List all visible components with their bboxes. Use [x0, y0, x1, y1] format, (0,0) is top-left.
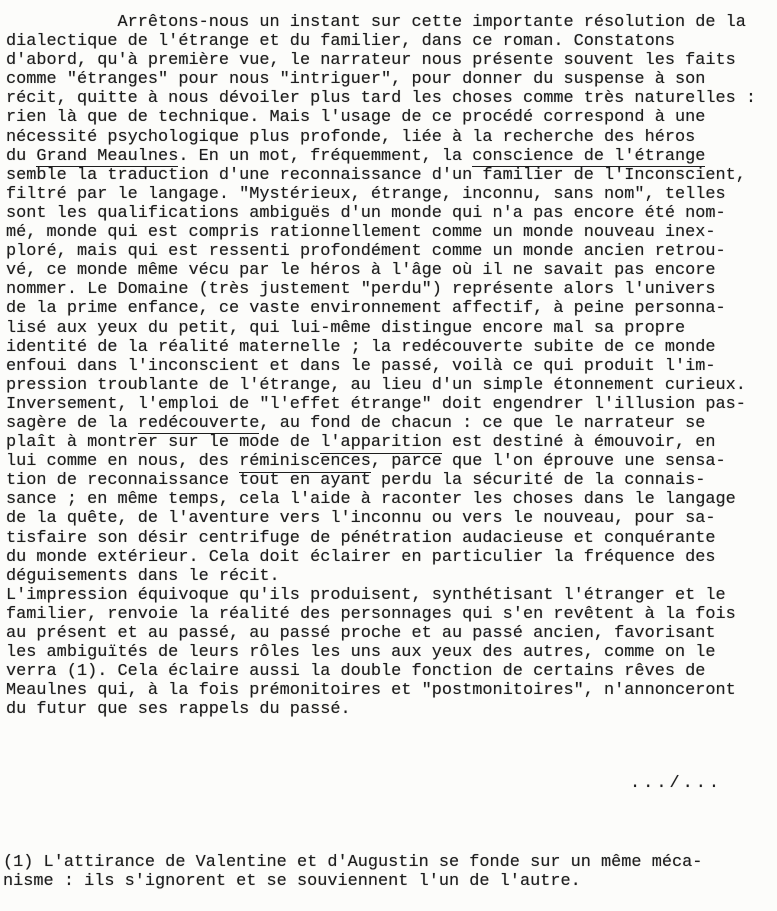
text-line: mé, monde qui est compris rationnellemen…: [6, 223, 777, 242]
text-segment: plaît à montrer sur le mode de: [6, 433, 320, 452]
text-segment: lisé aux yeux du petit, qui lui-même dis…: [6, 319, 685, 338]
text-line: au présent et au passé, au passé proche …: [6, 624, 777, 643]
text-segment: nisme : ils s'ignorent et se souviennent…: [3, 872, 581, 891]
text-line: enfoui dans l'inconscient et dans le pas…: [6, 357, 777, 376]
text-segment: , au fond de chacun : ce que le narrateu…: [259, 414, 705, 433]
text-segment: enfoui dans l'inconscient et dans le pas…: [6, 357, 716, 376]
text-line: lui comme en nous, des réminiscences, pa…: [6, 452, 777, 471]
text-segment: récit, quitte à nous dévoiler plus tard …: [6, 89, 756, 108]
text-line: lisé aux yeux du petit, qui lui-même dis…: [6, 319, 777, 338]
text-segment: au présent et au passé, au passé proche …: [6, 624, 716, 643]
text-line: déguisements dans le récit.: [6, 567, 777, 586]
underlined-text: redécouverte: [138, 414, 260, 435]
text-segment: du: [6, 147, 36, 166]
text-line: L'impression équivoque qu'ils produisent…: [6, 586, 777, 605]
text-line: dialectique de l'étrange et du familier,…: [6, 32, 777, 51]
text-segment: de la prime enfance, ce vaste environnem…: [6, 299, 726, 318]
text-line: Meaulnes qui, à la fois prémonitoires et…: [6, 681, 777, 700]
text-segment: vé, ce monde même vécu par le héros à l'…: [6, 261, 716, 280]
text-segment: filtré par le langage. "Mystérieux, étra…: [6, 185, 726, 204]
text-line: récit, quitte à nous dévoiler plus tard …: [6, 89, 777, 108]
text-line: (1) L'attirance de Valentine et d'August…: [3, 853, 777, 872]
text-segment: semble la traduction d'une reconnaissanc…: [6, 166, 746, 185]
text-segment: rien là que de technique. Mais l'usage d…: [6, 108, 705, 127]
text-line: de la prime enfance, ce vaste environnem…: [6, 299, 777, 318]
text-segment: sance ; en même temps, cela l'aide à rac…: [6, 490, 736, 509]
text-segment: L'impression équivoque qu'ils produisent…: [6, 586, 726, 605]
underlined-text: Grand Meaulnes: [36, 147, 178, 168]
text-segment: de la quête, de l'aventure vers l'inconn…: [6, 509, 716, 528]
text-line: nisme : ils s'ignorent et se souviennent…: [3, 872, 777, 891]
text-line: du futur que ses rappels du passé.: [6, 700, 777, 719]
text-line: nécessité psychologique plus profonde, l…: [6, 128, 777, 147]
text-segment: est destiné à émouvoir, en: [442, 433, 716, 452]
text-line: tisfaire son désir centrifuge de pénétra…: [6, 529, 777, 548]
text-segment: sont les qualifications ambiguës d'un mo…: [6, 204, 726, 223]
text-segment: tisfaire son désir centrifuge de pénétra…: [6, 529, 716, 548]
text-line: du Grand Meaulnes. En un mot, fréquemmen…: [6, 147, 777, 166]
text-segment: dialectique de l'étrange et du familier,…: [6, 32, 675, 51]
underlined-text: conscience de l'étrange: [472, 147, 705, 168]
text-segment: du futur que ses rappels du passé.: [6, 700, 351, 719]
text-segment: tion de reconnaissance tout en ayant per…: [6, 471, 705, 490]
footnote: (1) L'attirance de Valentine et d'August…: [3, 853, 777, 891]
text-line: comme "étranges" pour nous "intriguer", …: [6, 70, 777, 89]
text-line: pression troublante de l'étrange, au lie…: [6, 376, 777, 395]
text-line: identité de la réalité maternelle ; la r…: [6, 338, 777, 357]
text-line: plaît à montrer sur le mode de l'apparit…: [6, 433, 777, 452]
text-segment: verra (1). Cela éclaire aussi la double …: [6, 662, 705, 681]
text-segment: . En un mot, fréquemment, la: [178, 147, 472, 166]
text-segment: sagère de la: [6, 414, 138, 433]
text-line: rien là que de technique. Mais l'usage d…: [6, 108, 777, 127]
text-line: les ambiguïtés de leurs rôles les uns au…: [6, 643, 777, 662]
text-segment: mé, monde qui est compris rationnellemen…: [6, 223, 716, 242]
text-line: de la quête, de l'aventure vers l'inconn…: [6, 509, 777, 528]
text-line: verra (1). Cela éclaire aussi la double …: [6, 662, 777, 681]
text-line: sance ; en même temps, cela l'aide à rac…: [6, 490, 777, 509]
text-line: vé, ce monde même vécu par le héros à l'…: [6, 261, 777, 280]
document-body: Arrêtons-nous un instant sur cette impor…: [6, 13, 777, 719]
text-segment: identité de la réalité maternelle ; la r…: [6, 338, 716, 357]
text-line: nommer. Le Domaine (très justement "perd…: [6, 280, 777, 299]
text-segment: nommer. Le Domaine (très justement "perd…: [6, 280, 716, 299]
text-segment: d'abord, qu'à première vue, le narrateur…: [6, 51, 736, 70]
text-segment: familier, renvoie la réalité des personn…: [6, 605, 736, 624]
text-line: Inversement, l'emploi de "l'effet étrang…: [6, 395, 777, 414]
text-segment: Inversement, l'emploi de "l'effet étrang…: [6, 395, 746, 414]
text-segment: Meaulnes qui, à la fois prémonitoires et…: [6, 681, 736, 700]
underlined-text: réminiscences: [239, 452, 371, 473]
text-segment: ploré, mais qui est ressenti profondémen…: [6, 242, 726, 261]
text-segment: Arrêtons-nous un instant sur cette impor…: [6, 13, 746, 32]
text-segment: déguisements dans le récit.: [6, 567, 280, 586]
text-segment: les ambiguïtés de leurs rôles les uns au…: [6, 643, 716, 662]
text-segment: lui comme en nous, des: [6, 452, 239, 471]
text-line: Arrêtons-nous un instant sur cette impor…: [6, 13, 777, 32]
text-segment: , parce que l'on éprouve une sensa-: [371, 452, 726, 471]
text-line: sagère de la redécouverte, au fond de ch…: [6, 414, 777, 433]
typewritten-page: Arrêtons-nous un instant sur cette impor…: [0, 0, 777, 911]
underlined-text: l'apparition: [320, 433, 442, 454]
text-line: sont les qualifications ambiguës d'un mo…: [6, 204, 777, 223]
text-line: semble la traduction d'une reconnaissanc…: [6, 166, 777, 185]
text-line: ploré, mais qui est ressenti profondémen…: [6, 242, 777, 261]
continuation-mark: .../...: [6, 774, 777, 793]
text-line: d'abord, qu'à première vue, le narrateur…: [6, 51, 777, 70]
text-line: du monde extérieur. Cela doit éclairer e…: [6, 548, 777, 567]
text-segment: du monde extérieur. Cela doit éclairer e…: [6, 548, 716, 567]
text-segment: nécessité psychologique plus profonde, l…: [6, 128, 695, 147]
text-line: tion de reconnaissance tout en ayant per…: [6, 471, 777, 490]
text-segment: pression troublante de l'étrange, au lie…: [6, 376, 746, 395]
text-line: familier, renvoie la réalité des personn…: [6, 605, 777, 624]
text-line: filtré par le langage. "Mystérieux, étra…: [6, 185, 777, 204]
text-segment: comme "étranges" pour nous "intriguer", …: [6, 70, 705, 89]
text-segment: (1) L'attirance de Valentine et d'August…: [3, 853, 702, 872]
